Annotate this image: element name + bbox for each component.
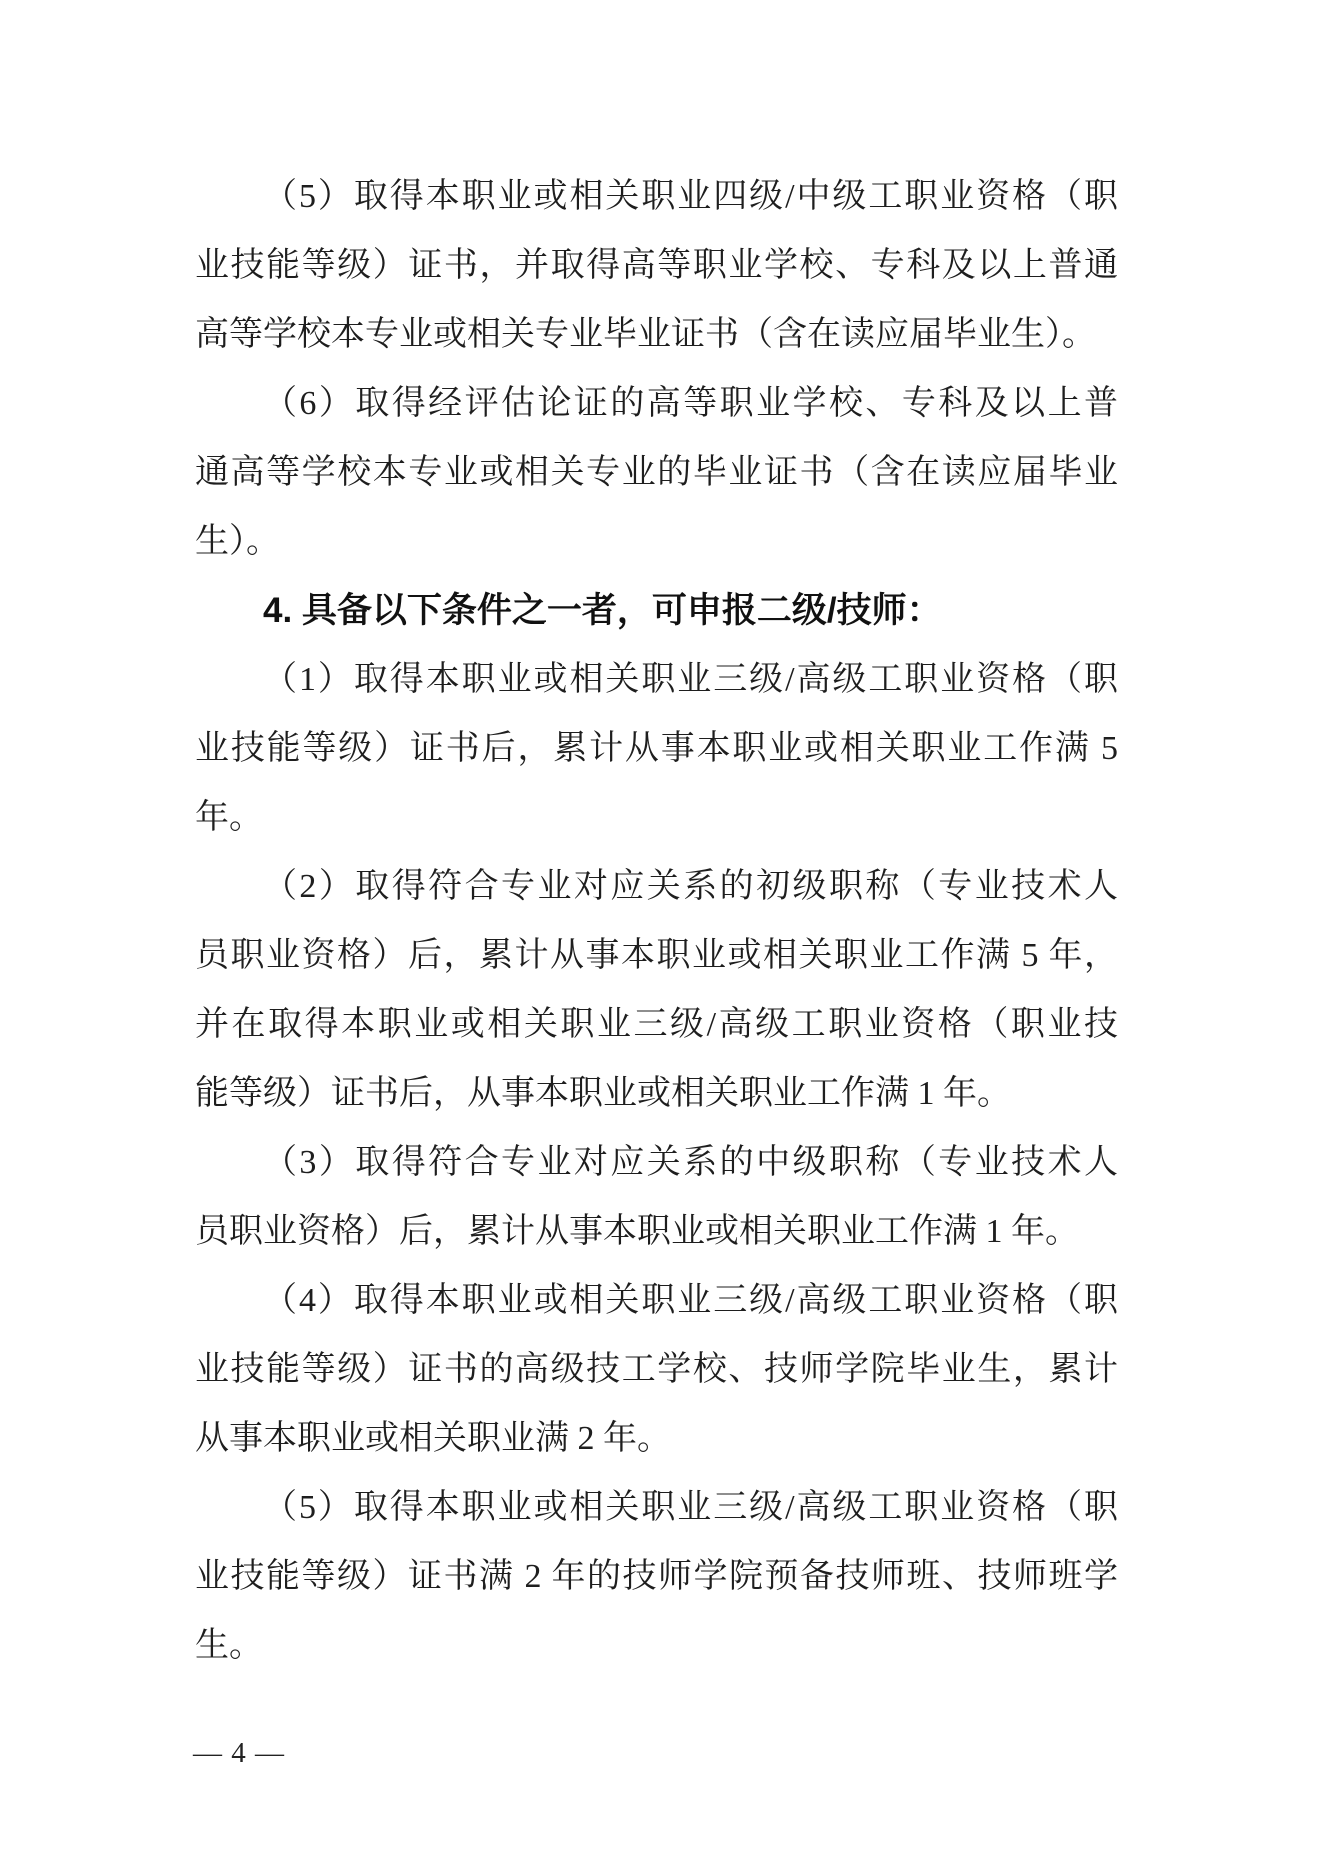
page-number: — 4 — <box>193 1722 285 1784</box>
text-line: 业技能等级）证书后，累计从事本职业或相关职业工作满 5 <box>195 714 1118 783</box>
document-body: （5）取得本职业或相关职业四级/中级工职业资格（职 业技能等级）证书，并取得高等… <box>195 162 1118 1680</box>
text-line: 通高等学校本专业或相关专业的毕业证书（含在读应届毕业 <box>195 438 1118 507</box>
text-line: 高等学校本专业或相关专业毕业证书（含在读应届毕业生）。 <box>195 300 1118 369</box>
text-line: 能等级）证书后，从事本职业或相关职业工作满 1 年。 <box>195 1059 1118 1128</box>
text-line: （5）取得本职业或相关职业四级/中级工职业资格（职 <box>195 162 1118 231</box>
text-line: 从事本职业或相关职业满 2 年。 <box>195 1404 1118 1473</box>
text-line: 员职业资格）后，累计从事本职业或相关职业工作满 1 年。 <box>195 1197 1118 1266</box>
text-line: 生）。 <box>195 507 1118 576</box>
text-line: 业技能等级）证书满 2 年的技师学院预备技师班、技师班学 <box>195 1542 1118 1611</box>
text-line: （6）取得经评估论证的高等职业学校、专科及以上普 <box>195 369 1118 438</box>
text-line: （1）取得本职业或相关职业三级/高级工职业资格（职 <box>195 645 1118 714</box>
text-line: （5）取得本职业或相关职业三级/高级工职业资格（职 <box>195 1473 1118 1542</box>
text-line: 业技能等级）证书，并取得高等职业学校、专科及以上普通 <box>195 231 1118 300</box>
text-line: 并在取得本职业或相关职业三级/高级工职业资格（职业技 <box>195 990 1118 1059</box>
text-line: （3）取得符合专业对应关系的中级职称（专业技术人 <box>195 1128 1118 1197</box>
text-line: （2）取得符合专业对应关系的初级职称（专业技术人 <box>195 852 1118 921</box>
document-page: （5）取得本职业或相关职业四级/中级工职业资格（职 业技能等级）证书，并取得高等… <box>0 0 1322 1871</box>
text-line: 年。 <box>195 783 1118 852</box>
text-line: （4）取得本职业或相关职业三级/高级工职业资格（职 <box>195 1266 1118 1335</box>
text-line: 业技能等级）证书的高级技工学校、技师学院毕业生，累计 <box>195 1335 1118 1404</box>
section-heading: 4. 具备以下条件之一者，可申报二级/技师： <box>195 576 1118 645</box>
text-line: 生。 <box>195 1611 1118 1680</box>
text-line: 员职业资格）后，累计从事本职业或相关职业工作满 5 年， <box>195 921 1118 990</box>
